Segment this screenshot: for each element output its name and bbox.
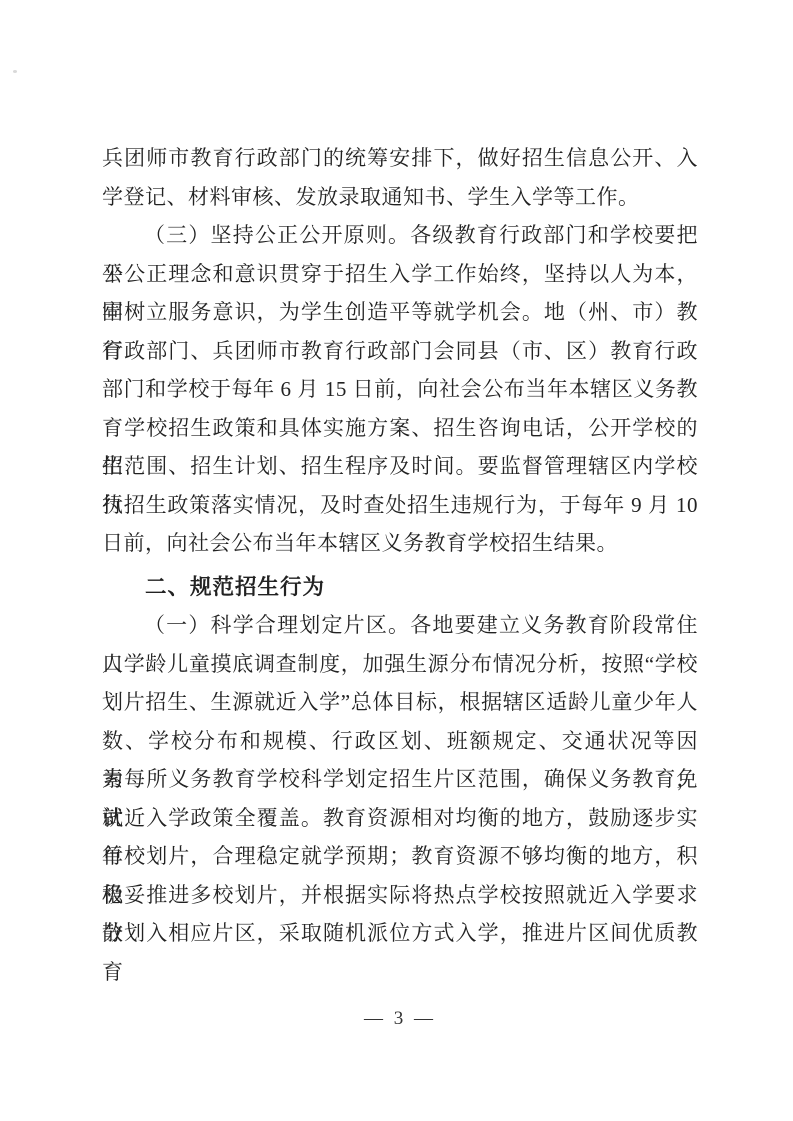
text-line: 育学校招生政策和具体实施方案、招生咨询电话，公开学校的招 <box>102 409 698 448</box>
text-line: （一）科学合理划定片区。各地要建立义务教育阶段常住人 <box>102 606 698 645</box>
document-page: 兵团师市教育行政部门的统筹安排下，做好招生信息公开、入 学登记、材料审核、发放录… <box>0 0 793 1121</box>
text-line: 学登记、材料审核、发放录取通知书、学生入学等工作。 <box>102 178 698 217</box>
text-line: 部门和学校于每年 6 月 15 日前，向社会公布当年本辖区义务教 <box>102 370 698 409</box>
section-heading: 二、规范招生行为 <box>102 568 698 607</box>
page-number: — 3 — <box>102 1008 698 1030</box>
text-line: 散划入相应片区，采取随机派位方式入学，推进片区间优质教育 <box>102 914 698 953</box>
document-body: 兵团师市教育行政部门的统筹安排下，做好招生信息公开、入 学登记、材料审核、发放录… <box>102 139 698 953</box>
text-line: 划片招生、生源就近入学”总体目标，根据辖区适龄儿童少年人 <box>102 683 698 722</box>
text-line: 生范围、招生计划、招生程序及时间。要监督管理辖区内学校执 <box>102 447 698 486</box>
text-line: 数、学校分布和规模、行政区划、班额规定、交通状况等因素， <box>102 722 698 761</box>
text-line: 为每所义务教育学校科学划定招生片区范围，确保义务教育免试 <box>102 760 698 799</box>
text-line: 稳妥推进多校划片，并根据实际将热点学校按照就近入学要求分 <box>102 876 698 915</box>
text-line: 日前，向社会公布当年本辖区义务教育学校招生结果。 <box>102 524 698 563</box>
text-line: 兵团师市教育行政部门的统筹安排下，做好招生信息公开、入 <box>102 139 698 178</box>
text-line: 行招生政策落实情况，及时查处招生违规行为，于每年 9 月 10 <box>102 486 698 525</box>
text-line: 固树立服务意识，为学生创造平等就学机会。地（州、市）教育 <box>102 293 698 332</box>
text-line: 单校划片，合理稳定就学预期；教育资源不够均衡的地方，积极 <box>102 837 698 876</box>
text-line: （三）坚持公正公开原则。各级教育行政部门和学校要把公 <box>102 216 698 255</box>
text-line: 行政部门、兵团师市教育行政部门会同县（市、区）教育行政 <box>102 332 698 371</box>
text-line: 就近入学政策全覆盖。教育资源相对均衡的地方，鼓励逐步实行 <box>102 799 698 838</box>
text-line: 平公正理念和意识贯穿于招生入学工作始终，坚持以人为本，牢 <box>102 255 698 294</box>
text-line: 口学龄儿童摸底调查制度，加强生源分布情况分析，按照“学校 <box>102 645 698 684</box>
scan-artifact <box>13 70 17 73</box>
